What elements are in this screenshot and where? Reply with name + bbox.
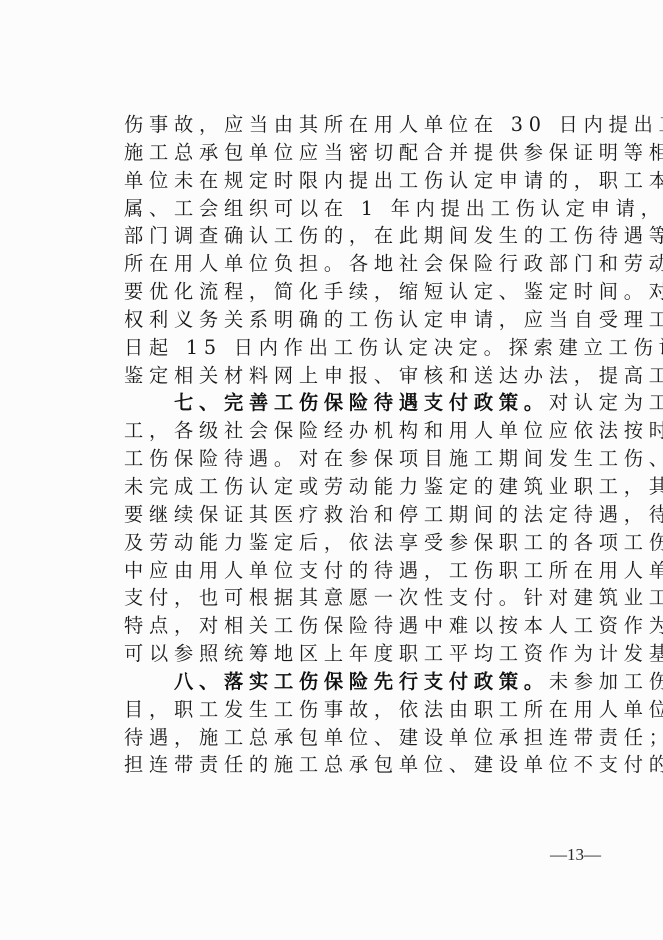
section-8-first-line: 八、落实工伤保险先行支付政策。未参加工伤保险的建设项 [124,668,580,696]
text-line: 未完成工伤认定或劳动能力鉴定的建筑业职工，其所在用人单位 [124,473,580,501]
text-line: 所在用人单位负担。各地社会保险行政部门和劳动能力鉴定机构 [124,250,580,278]
text-line: 及劳动能力鉴定后，依法享受参保职工的各项工伤保险待遇；其 [124,529,580,557]
text-line: 支付，也可根据其意愿一次性支付。针对建筑业工资收入分配的 [124,584,580,612]
document-page: 伤事故，应当由其所在用人单位在 30 日内提出工伤认定申请， 施工总承包单位应当… [0,0,663,940]
text-line: 部门调查确认工伤的，在此期间发生的工伤待遇等有关费用由其 [124,222,580,250]
section-8-first-line-rest: 未参加工伤保险的建设项 [549,670,663,693]
text-line: 要继续保证其医疗救治和停工期间的法定待遇，待完成工伤认定 [124,501,580,529]
text-line: 担连带责任的施工总承包单位、建设单位不支付的，由工伤保险 [124,751,580,779]
text-line: 待遇，施工总承包单位、建设单位承担连带责任；用人单位和承 [124,724,580,752]
text-line: 属、工会组织可以在 1 年内提出工伤认定申请，经社会保险行政 [124,195,580,223]
section-8-heading: 八、落实工伤保险先行支付政策。 [174,670,549,693]
text-line: 权利义务关系明确的工伤认定申请，应当自受理工伤认定申请之 [124,306,580,334]
page-number: —13— [550,845,601,865]
text-line: 鉴定相关材料网上申报、审核和送达办法，提高工作效率。 [124,362,580,390]
text-line: 特点，对相关工伤保险待遇中难以按本人工资作为计发基数的， [124,612,580,640]
text-line: 中应由用人单位支付的待遇，工伤职工所在用人单位要按时足额 [124,557,580,585]
section-7-heading: 七、完善工伤保险待遇支付政策。 [174,391,549,414]
text-line: 工伤保险待遇。对在参保项目施工期间发生工伤、项目竣工时尚 [124,445,580,473]
text-line: 单位未在规定时限内提出工伤认定申请的，职工本人或其近亲 [124,167,580,195]
text-line: 日起 15 日内作出工伤认定决定。探索建立工伤认定和劳动能力 [124,334,580,362]
text-line: 可以参照统筹地区上年度职工平均工资作为计发基数。 [124,640,580,668]
text-line: 目，职工发生工伤事故，依法由职工所在用人单位支付工伤保险 [124,696,580,724]
text-line: 伤事故，应当由其所在用人单位在 30 日内提出工伤认定申请， [124,111,580,139]
text-line: 施工总承包单位应当密切配合并提供参保证明等相关材料。用人 [124,139,580,167]
section-7-first-line: 七、完善工伤保险待遇支付政策。对认定为工伤的建筑业职 [124,389,580,417]
text-line: 工，各级社会保险经办机构和用人单位应依法按时足额支付各项 [124,417,580,445]
text-line: 要优化流程，简化手续，缩短认定、鉴定时间。对于事实清楚、 [124,278,580,306]
section-7-first-line-rest: 对认定为工伤的建筑业职 [549,391,663,414]
body-text: 伤事故，应当由其所在用人单位在 30 日内提出工伤认定申请， 施工总承包单位应当… [124,111,580,779]
